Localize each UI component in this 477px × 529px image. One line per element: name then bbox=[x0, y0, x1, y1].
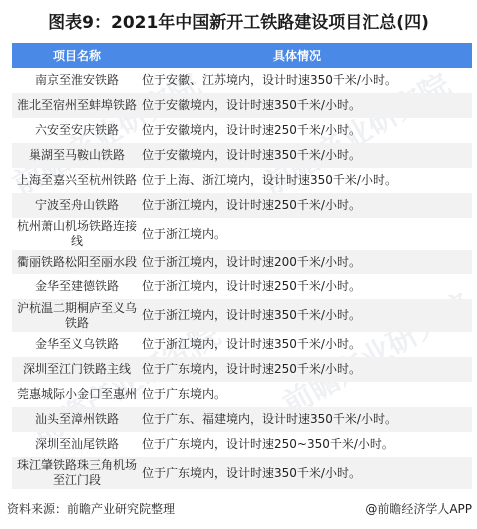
table-row: 深圳至汕尾铁路位于广东境内，设计时速250~350千米/小时。 bbox=[12, 432, 472, 457]
project-name-cell: 金华至义乌铁路 bbox=[12, 337, 142, 352]
project-detail-cell: 位于广东境内。 bbox=[142, 387, 472, 402]
table-row: 衢丽铁路松阳至丽水段位于浙江境内，设计时速200千米/小时。 bbox=[12, 250, 472, 274]
project-name-cell: 汕头至漳州铁路 bbox=[12, 412, 142, 427]
table-row: 金华至建德铁路位于浙江境内，设计时速250千米/小时。 bbox=[12, 274, 472, 299]
table-header: 项目名称 具体情况 bbox=[12, 43, 472, 68]
project-name-cell: 上海至嘉兴至杭州铁路 bbox=[12, 173, 142, 188]
project-name-cell: 淮北至宿州至蚌埠铁路 bbox=[12, 98, 142, 113]
project-name-cell: 六安至安庆铁路 bbox=[12, 123, 142, 138]
projects-table: 项目名称 具体情况 南京至淮安铁路位于安徽、江苏境内，设计时速350千米/小时。… bbox=[12, 43, 472, 489]
project-name-cell: 珠江肇铁路珠三角机场至江门段 bbox=[12, 458, 142, 488]
table-row: 珠江肇铁路珠三角机场至江门段位于广东境内，设计时速350千米/小时。 bbox=[12, 457, 472, 489]
project-name-cell: 衢丽铁路松阳至丽水段 bbox=[12, 255, 142, 270]
table-row: 巢湖至马鞍山铁路位于安徽境内，设计时速350千米/小时。 bbox=[12, 143, 472, 168]
header-project-name: 项目名称 bbox=[12, 47, 142, 64]
project-detail-cell: 位于浙江境内，设计时速250千米/小时。 bbox=[142, 198, 472, 213]
table-row: 深圳至江门铁路主线位于广东境内，设计时速250千米/小时。 bbox=[12, 357, 472, 382]
table-row: 南京至淮安铁路位于安徽、江苏境内，设计时速350千米/小时。 bbox=[12, 68, 472, 93]
project-name-cell: 莞惠城际小金口至惠州 bbox=[12, 387, 142, 402]
project-name-cell: 巢湖至马鞍山铁路 bbox=[12, 148, 142, 163]
project-detail-cell: 位于浙江境内，设计时速350千米/小时。 bbox=[142, 337, 472, 352]
project-detail-cell: 位于安徽境内，设计时速250千米/小时。 bbox=[142, 123, 472, 138]
project-detail-cell: 位于广东境内，设计时速250~350千米/小时。 bbox=[142, 437, 472, 452]
project-name-cell: 金华至建德铁路 bbox=[12, 279, 142, 294]
table-row: 杭州萧山机场铁路连接线位于浙江境内。 bbox=[12, 218, 472, 250]
table-row: 六安至安庆铁路位于安徽境内，设计时速250千米/小时。 bbox=[12, 118, 472, 143]
project-name-cell: 宁波至舟山铁路 bbox=[12, 198, 142, 213]
table-row: 淮北至宿州至蚌埠铁路位于安徽境内，设计时速350千米/小时。 bbox=[12, 93, 472, 118]
header-details: 具体情况 bbox=[142, 47, 472, 64]
footer: 资料来源：前瞻产业研究院整理 @前瞻经济学人APP bbox=[7, 500, 472, 517]
table-row: 汕头至漳州铁路位于广东、福建境内，设计时速350千米/小时。 bbox=[12, 407, 472, 432]
table-row: 莞惠城际小金口至惠州位于广东境内。 bbox=[12, 382, 472, 407]
table-row: 金华至义乌铁路位于浙江境内，设计时速350千米/小时。 bbox=[12, 332, 472, 357]
project-detail-cell: 位于上海、浙江境内，设计时速350千米/小时。 bbox=[142, 173, 472, 188]
figure-title: 图表9：2021年中国新开工铁路建设项目汇总(四) bbox=[0, 8, 477, 33]
table-row: 上海至嘉兴至杭州铁路位于上海、浙江境内，设计时速350千米/小时。 bbox=[12, 168, 472, 193]
project-detail-cell: 位于浙江境内，设计时速350千米/小时。 bbox=[142, 308, 472, 323]
project-detail-cell: 位于安徽、江苏境内，设计时速350千米/小时。 bbox=[142, 73, 472, 88]
project-detail-cell: 位于浙江境内。 bbox=[142, 227, 472, 242]
project-detail-cell: 位于安徽境内，设计时速350千米/小时。 bbox=[142, 98, 472, 113]
table-row: 宁波至舟山铁路位于浙江境内，设计时速250千米/小时。 bbox=[12, 193, 472, 218]
project-detail-cell: 位于浙江境内，设计时速200千米/小时。 bbox=[142, 255, 472, 270]
table-row: 沪杭温二期桐庐至义乌铁路位于浙江境内，设计时速350千米/小时。 bbox=[12, 299, 472, 332]
source-note: 资料来源：前瞻产业研究院整理 bbox=[7, 500, 175, 517]
project-detail-cell: 位于广东、福建境内，设计时速350千米/小时。 bbox=[142, 412, 472, 427]
project-name-cell: 南京至淮安铁路 bbox=[12, 73, 142, 88]
project-detail-cell: 位于广东境内，设计时速350千米/小时。 bbox=[142, 466, 472, 481]
project-name-cell: 沪杭温二期桐庐至义乌铁路 bbox=[12, 301, 142, 331]
project-name-cell: 深圳至汕尾铁路 bbox=[12, 437, 142, 452]
project-detail-cell: 位于浙江境内，设计时速250千米/小时。 bbox=[142, 279, 472, 294]
project-detail-cell: 位于安徽境内，设计时速350千米/小时。 bbox=[142, 148, 472, 163]
project-detail-cell: 位于广东境内，设计时速250千米/小时。 bbox=[142, 362, 472, 377]
project-name-cell: 杭州萧山机场铁路连接线 bbox=[12, 219, 142, 249]
credit: @前瞻经济学人APP bbox=[365, 500, 472, 517]
project-name-cell: 深圳至江门铁路主线 bbox=[12, 362, 142, 377]
table-body: 南京至淮安铁路位于安徽、江苏境内，设计时速350千米/小时。淮北至宿州至蚌埠铁路… bbox=[12, 68, 472, 489]
